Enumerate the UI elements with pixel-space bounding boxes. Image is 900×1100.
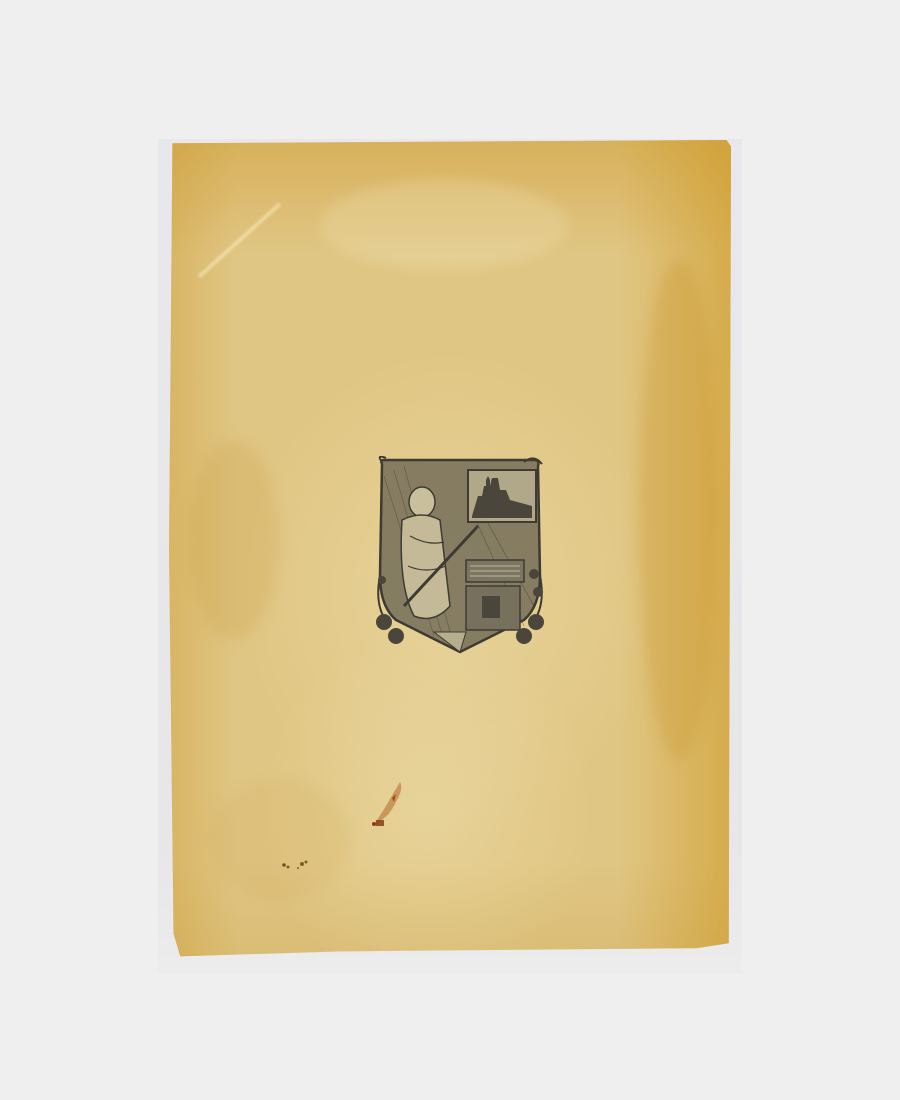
reddish-stain-mark: [370, 778, 410, 834]
corner-crease: [197, 202, 281, 279]
small-specks: [278, 856, 318, 872]
paper-mottle: [319, 180, 569, 270]
photo-stage: [0, 0, 900, 1100]
paper-mottle: [189, 440, 279, 640]
printers-device-emblem-icon: [374, 456, 546, 656]
paper-mottle: [639, 260, 719, 760]
paper-mottle: [209, 780, 349, 900]
